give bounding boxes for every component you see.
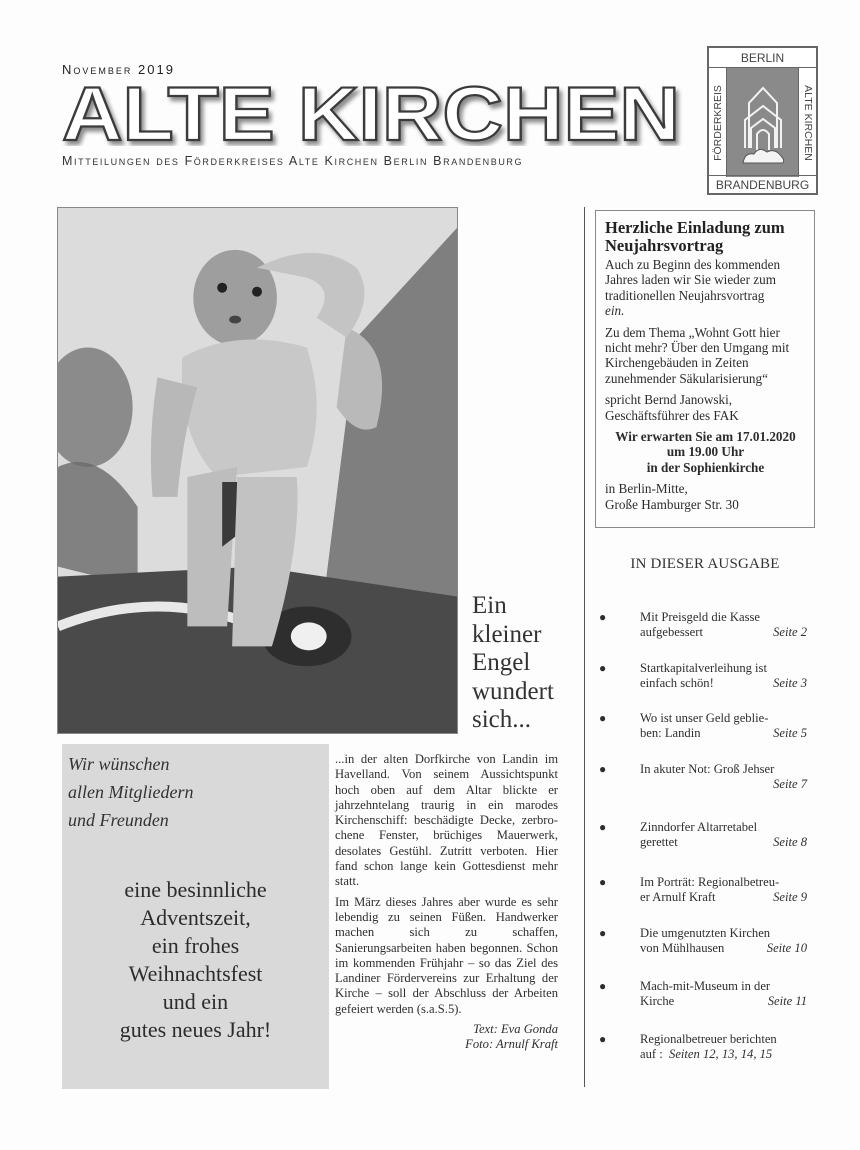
bullet-icon: ● (599, 875, 606, 890)
toc-page: Seiten 12, 13, 14, 15 (669, 1047, 772, 1061)
toc-page: Seite 2 (773, 625, 807, 640)
invitation-box: Herzliche Einladung zum Neujahrsvortrag … (595, 210, 815, 528)
toc-page: Seite 3 (773, 676, 807, 691)
masthead-wordmark: ALTE KIRCHEN (58, 80, 688, 146)
bullet-icon: ● (599, 1032, 606, 1047)
bullet-icon: ● (599, 711, 606, 726)
toc-page: Seite 5 (773, 726, 807, 741)
logo-top-label: BERLIN (709, 48, 816, 68)
toc-page: Seite 9 (773, 890, 807, 905)
season-greeting-box: Wir wünschen allen Mitgliedern und Freun… (62, 744, 329, 1089)
logo-right-label: ALTE KIRCHEN (798, 68, 816, 177)
invitation-speaker: spricht Bernd Janowski, Geschäftsführer … (605, 392, 806, 423)
invitation-address: in Berlin-Mitte, Große Hamburger Str. 30 (605, 481, 806, 512)
text-credit: Text: Eva Gonda (335, 1022, 558, 1037)
invitation-intro: Auch zu Beginn des kommenden Jahres lade… (605, 257, 806, 319)
bullet-icon: ● (599, 820, 606, 835)
article-body: ...in der alten Dorfkirche von Lan­din i… (335, 752, 558, 1053)
article-paragraph: ...in der alten Dorfkirche von Lan­din i… (335, 752, 558, 890)
bullet-icon: ● (599, 762, 606, 777)
bullet-icon: ● (599, 610, 606, 625)
column-divider (584, 207, 585, 1087)
bullet-icon: ● (599, 926, 606, 941)
article-headline: Ein kleiner Engel wundert sich... (472, 592, 572, 735)
masthead-title: ALTE KIRCHEN (58, 80, 688, 146)
toc-page: Seite 10 (767, 941, 807, 956)
church-outline-icon (727, 68, 798, 177)
invitation-topic: Zu dem Thema „Wohnt Gott hier nicht mehr… (605, 325, 806, 387)
toc-title: IN DIESER AUSGABE (596, 556, 814, 573)
toc-page: Seite 7 (773, 777, 807, 792)
article-paragraph: Im März dieses Jahres aber wurde es sehr… (335, 895, 558, 1017)
bullet-icon: ● (599, 979, 606, 994)
invitation-title: Herzliche Einladung zum Neujahrsvortrag (605, 219, 806, 254)
angel-figure-photo (57, 207, 458, 734)
association-logo: BERLIN FÖRDERKREIS ALTE KIRCHEN BRANDENB… (707, 46, 818, 195)
logo-left-label: FÖRDERKREIS (709, 68, 727, 177)
masthead-subtitle: Mitteilungen des Förderkreises Alte Kirc… (62, 154, 523, 168)
toc-page: Seite 8 (773, 835, 807, 850)
invitation-date-place: Wir erwarten Sie am 17.01.2020 um 19.00 … (605, 429, 806, 475)
issue-date: November 2019 (62, 62, 175, 77)
bullet-icon: ● (599, 661, 606, 676)
photo-credit: Foto: Arnulf Kraft (335, 1037, 558, 1052)
logo-bottom-label: BRANDENBURG (709, 175, 816, 193)
toc-page: Seite 11 (768, 994, 807, 1009)
svg-text:ALTE KIRCHEN: ALTE KIRCHEN (62, 80, 680, 146)
greeting-intro: Wir wünschen allen Mitgliedern und Freun… (68, 750, 193, 834)
greeting-wishes: eine besinnliche Adventszeit, ein frohes… (62, 876, 329, 1044)
